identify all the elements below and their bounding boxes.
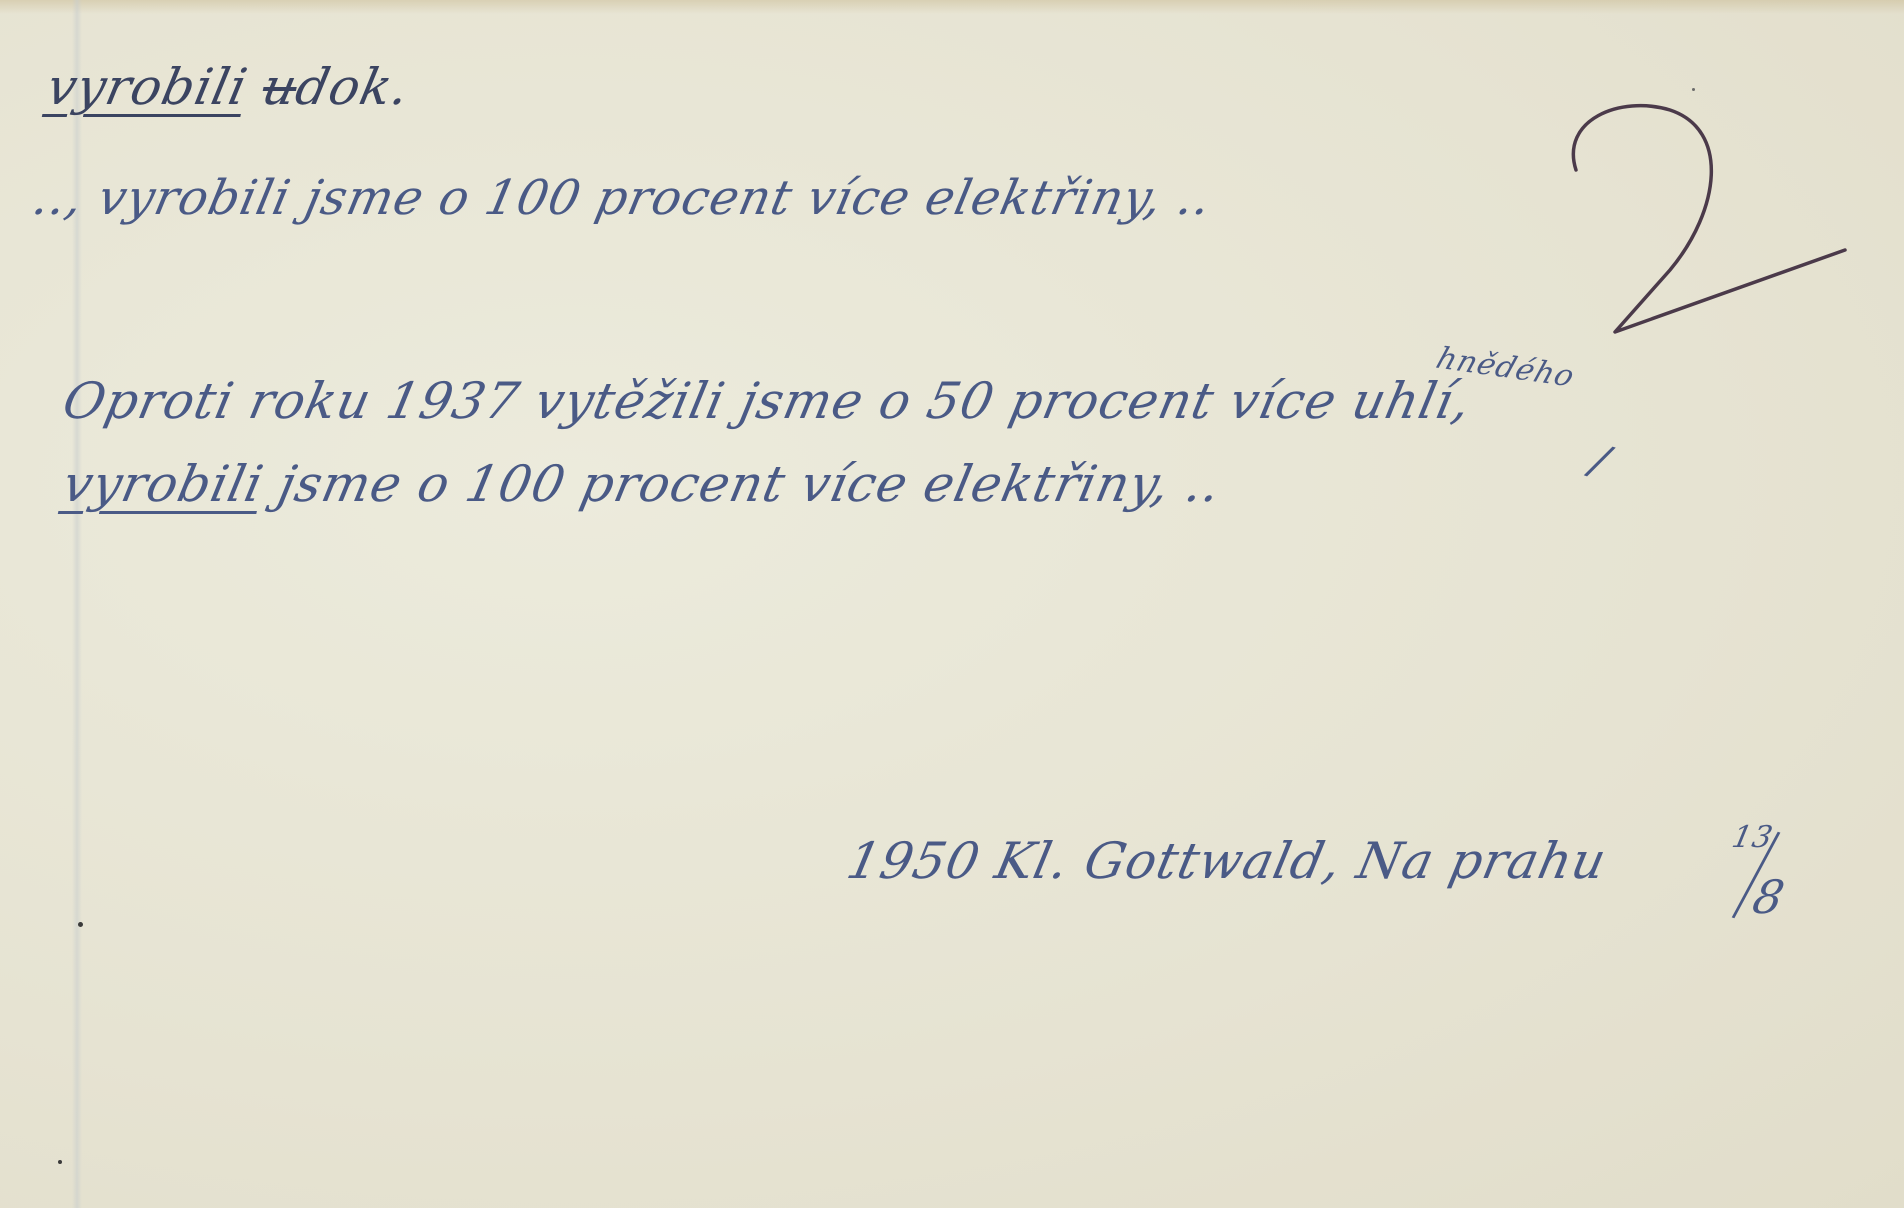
- source-citation: 1950 Kl. Gottwald, Na prahu: [842, 832, 1612, 890]
- ink-speck: [1692, 88, 1695, 91]
- excerpt-line: .., vyrobili jsme o 100 procent více ele…: [28, 170, 1217, 226]
- ink-speck: [58, 1160, 62, 1164]
- ink-speck: [78, 922, 83, 927]
- headword-suffix: dok.: [291, 58, 416, 116]
- quote-line-1: Oproti roku 1937 vytěžili jsme o 50 proc…: [58, 372, 1477, 430]
- quote-line-2-rest: jsme o 100 procent více elektřiny, ..: [256, 455, 1226, 513]
- headword-line: vyrobili udok.: [42, 58, 415, 116]
- quote-line-2: vyrobili jsme o 100 procent více elektři…: [58, 455, 1226, 513]
- headword: vyrobili: [42, 58, 253, 116]
- headword-in-quote: vyrobili: [58, 455, 269, 513]
- page-number-2: [1560, 100, 1860, 340]
- insert-caret: /: [1585, 434, 1616, 487]
- index-card: vyrobili udok. .., vyrobili jsme o 100 p…: [0, 0, 1904, 1208]
- citation-page-fraction: 13 8: [1715, 820, 1806, 920]
